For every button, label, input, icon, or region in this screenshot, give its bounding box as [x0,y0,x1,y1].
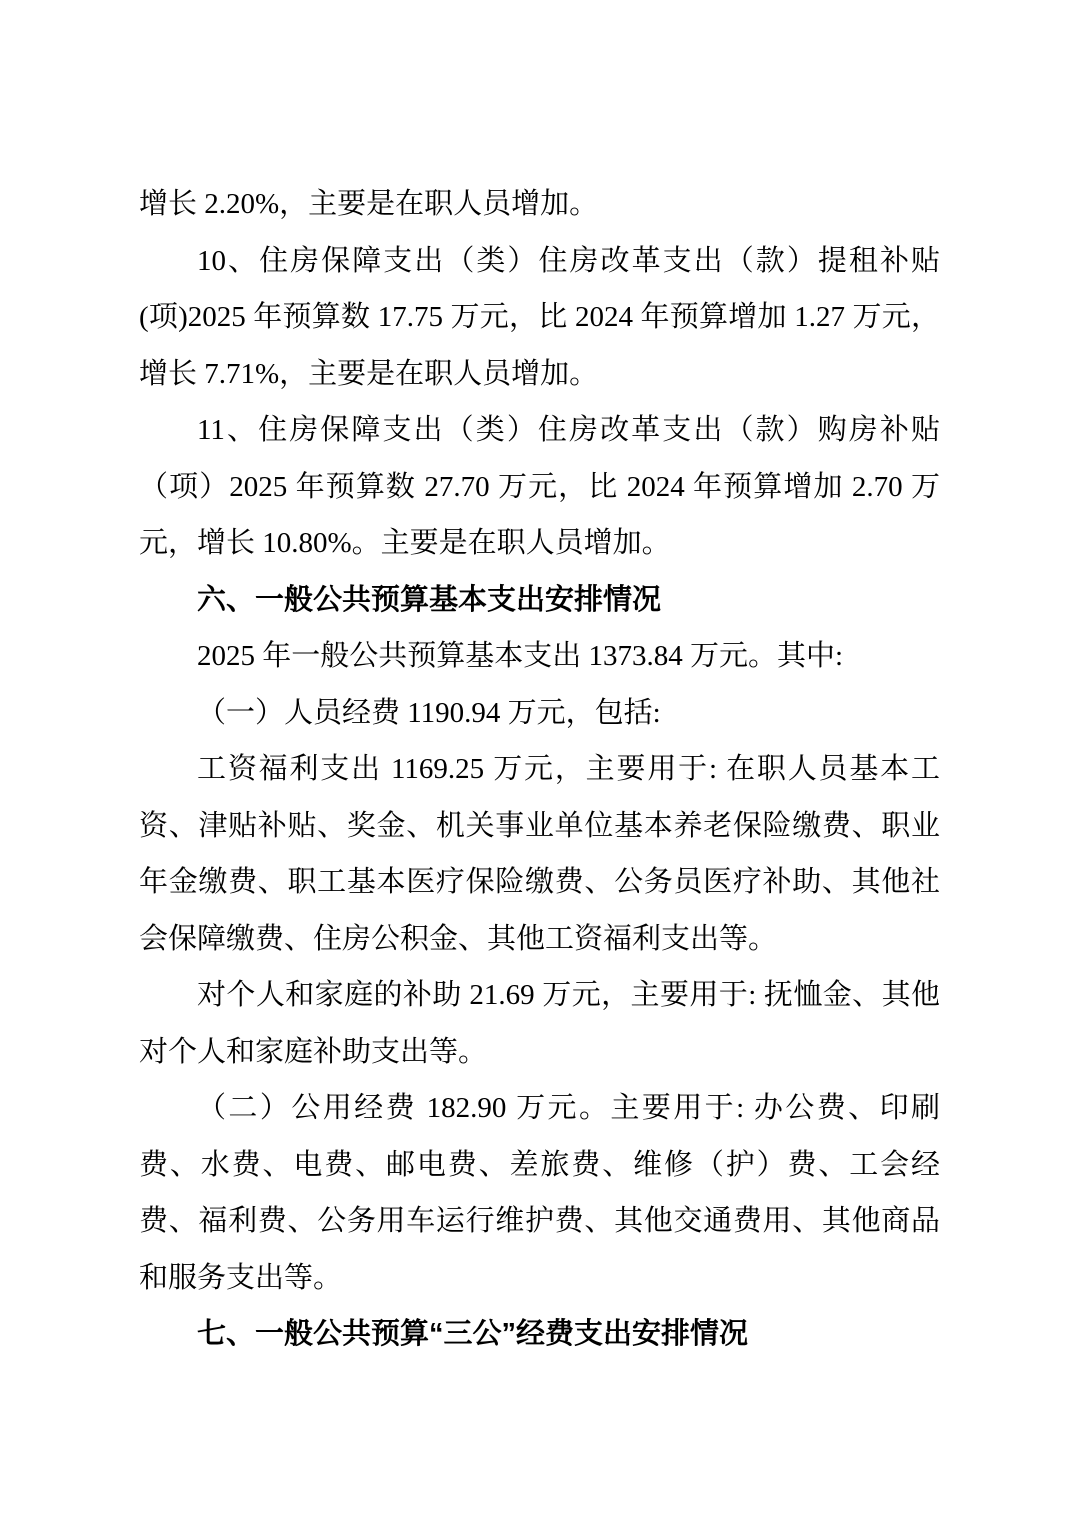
document-content: 增长 2.20%，主要是在职人员增加。10、住房保障支出（类）住房改革支出（款）… [139,176,940,1363]
para-wage-welfare: 工资福利支出 1169.25 万元，主要用于: 在职人员基本工资、津贴补贴、奖金… [139,741,940,967]
para-individual-family-subsidy: 对个人和家庭的补助 21.69 万元，主要用于: 抚恤金、其他对个人和家庭补助支… [139,967,940,1080]
para-basic-expenditure-total: 2025 年一般公共预算基本支出 1373.84 万元。其中: [139,628,940,685]
para-personnel-funds: （一）人员经费 1190.94 万元，包括: [139,685,940,742]
section-heading-7: 七、一般公共预算“三公”经费支出安排情况 [139,1306,940,1363]
para-item-11: 11、住房保障支出（类）住房改革支出（款）购房补贴（项）2025 年预算数 27… [139,402,940,572]
para-item-10: 10、住房保障支出（类）住房改革支出（款）提租补贴(项)2025 年预算数 17… [139,233,940,403]
para-public-funds: （二）公用经费 182.90 万元。主要用于: 办公费、印刷费、水费、电费、邮电… [139,1080,940,1306]
document-page: 增长 2.20%，主要是在职人员增加。10、住房保障支出（类）住房改革支出（款）… [0,0,1074,1520]
section-heading-6: 六、一般公共预算基本支出安排情况 [139,572,940,629]
para-9-continuation: 增长 2.20%，主要是在职人员增加。 [139,176,940,233]
